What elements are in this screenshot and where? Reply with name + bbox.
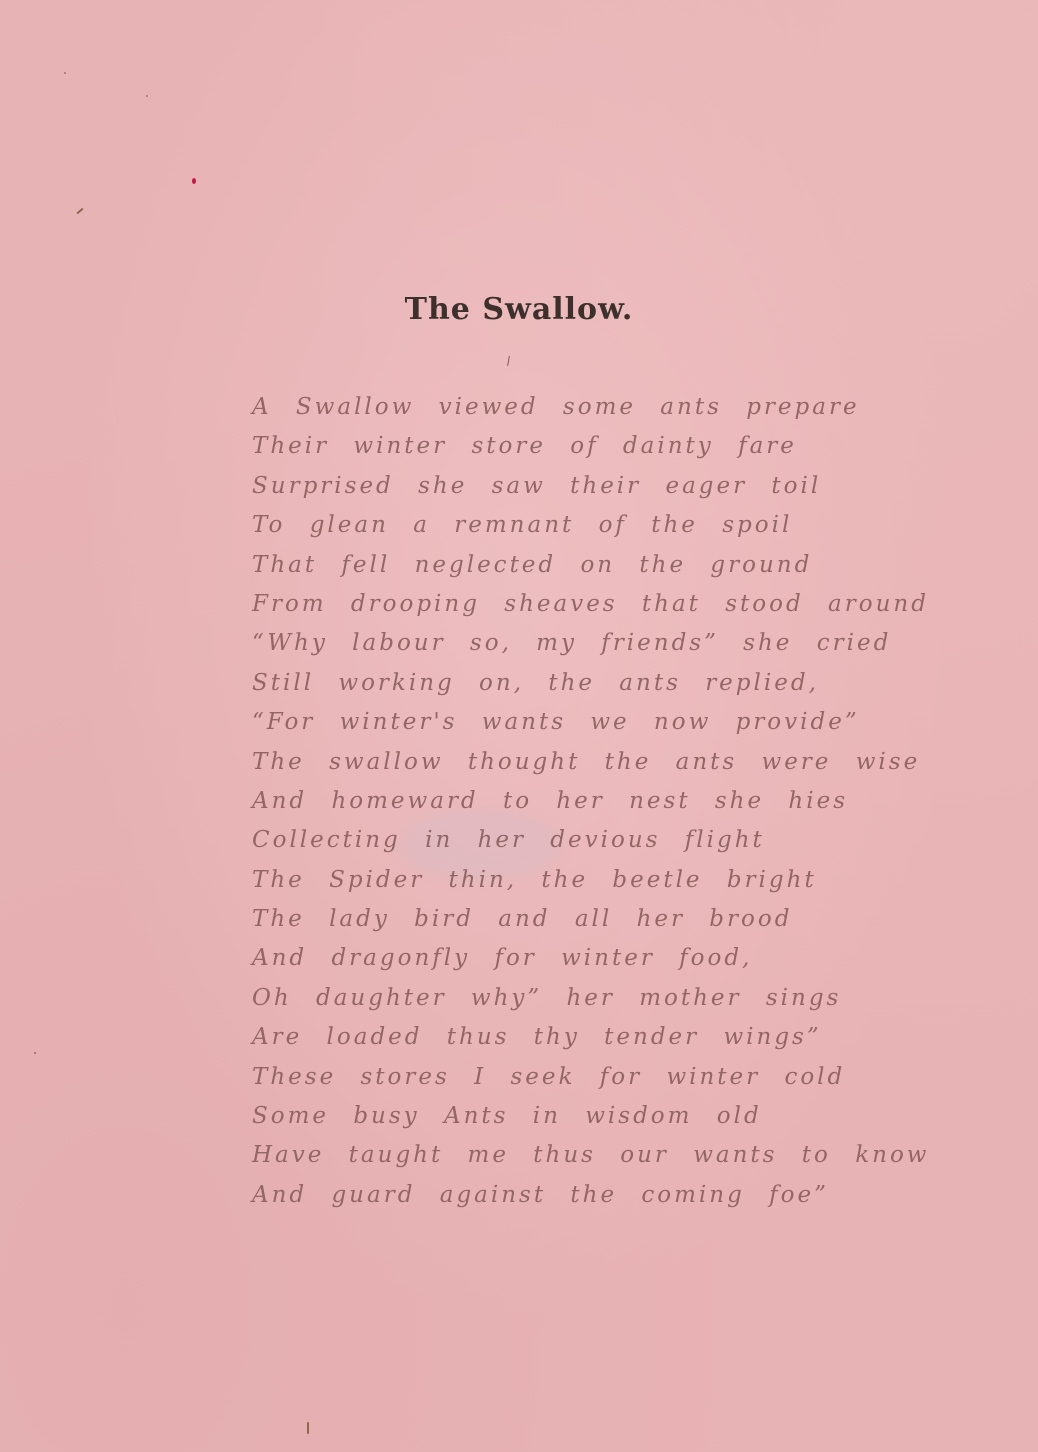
poem-line: “Why labour so, my friends” she cried [252, 624, 952, 663]
poem-body: A Swallow viewed some ants prepare Their… [252, 388, 952, 1215]
pen-mark [507, 356, 510, 366]
poem-line: The lady bird and all her brood [252, 900, 952, 939]
poem-line: A Swallow viewed some ants prepare [252, 388, 952, 427]
poem-line: And guard against the coming foe” [252, 1176, 952, 1215]
poem-title: The Swallow. [0, 292, 1038, 327]
poem-line: “For winter's wants we now provide” [252, 703, 952, 742]
ink-speck [34, 1052, 36, 1054]
ink-speck [64, 72, 66, 74]
manuscript-page: The Swallow. A Swallow viewed some ants … [0, 0, 1038, 1452]
ink-speck [307, 1422, 309, 1434]
poem-line: Oh daughter why” her mother sings [252, 979, 952, 1018]
ink-speck [76, 208, 83, 215]
poem-line: Have taught me thus our wants to know [252, 1136, 952, 1175]
poem-line: Their winter store of dainty fare [252, 427, 952, 466]
poem-line: From drooping sheaves that stood around [252, 585, 952, 624]
ink-speck [146, 95, 148, 97]
poem-line: That fell neglected on the ground [252, 546, 952, 585]
poem-line: Are loaded thus thy tender wings” [252, 1018, 952, 1057]
poem-line: Some busy Ants in wisdom old [252, 1097, 952, 1136]
poem-line: The Spider thin, the beetle bright [252, 861, 952, 900]
poem-line: These stores I seek for winter cold [252, 1058, 952, 1097]
poem-line: Still working on, the ants replied, [252, 664, 952, 703]
ink-speck [192, 178, 196, 184]
poem-line: Surprised she saw their eager toil [252, 467, 952, 506]
poem-line: And dragonfly for winter food, [252, 939, 952, 978]
poem-line: And homeward to her nest she hies [252, 782, 952, 821]
poem-line: To glean a remnant of the spoil [252, 506, 952, 545]
poem-line: The swallow thought the ants were wise [252, 743, 952, 782]
poem-line: Collecting in her devious flight [252, 821, 952, 860]
